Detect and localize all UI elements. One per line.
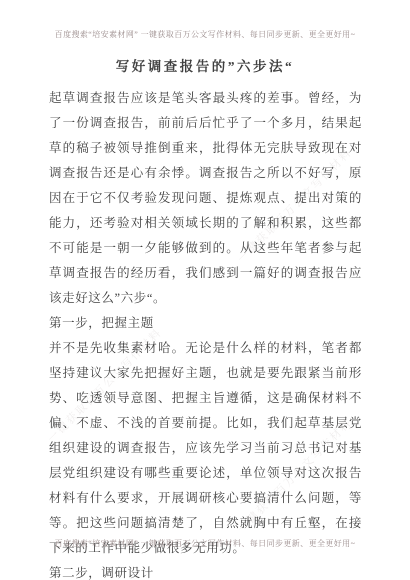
body-paragraph: 并不是先收集素材哈。无论是什么样的材料，笔者都坚持建议大家先把握好主题，也就是要… — [49, 336, 362, 561]
document-page: 一键获取百万公文写作材料 一键获取百万公文写作材料 一键获取百万公文写作材料 百… — [0, 0, 410, 580]
document-title: 写好调查报告的”六步法“ — [0, 55, 410, 75]
page-footer-promo: 百度搜索“培安素材网” 一键获取百万公文写作材料、每日同步更新、更全更好用~ — [0, 538, 410, 549]
document-body: 起草调查报告应该是笔头客最头疼的差事。曾经，为了一份调查报告，前前后后忙乎了一个… — [49, 86, 362, 580]
body-paragraph: 起草调查报告应该是笔头客最头疼的差事。曾经，为了一份调查报告，前前后后忙乎了一个… — [49, 86, 362, 311]
section-heading: 第二步，调研设计 — [49, 561, 362, 580]
page-header-promo: 百度搜索“培安素材网” 一键获取百万公文写作材料、每日同步更新、更全更好用~ — [0, 29, 410, 40]
section-heading: 第一步，把握主题 — [49, 311, 362, 336]
